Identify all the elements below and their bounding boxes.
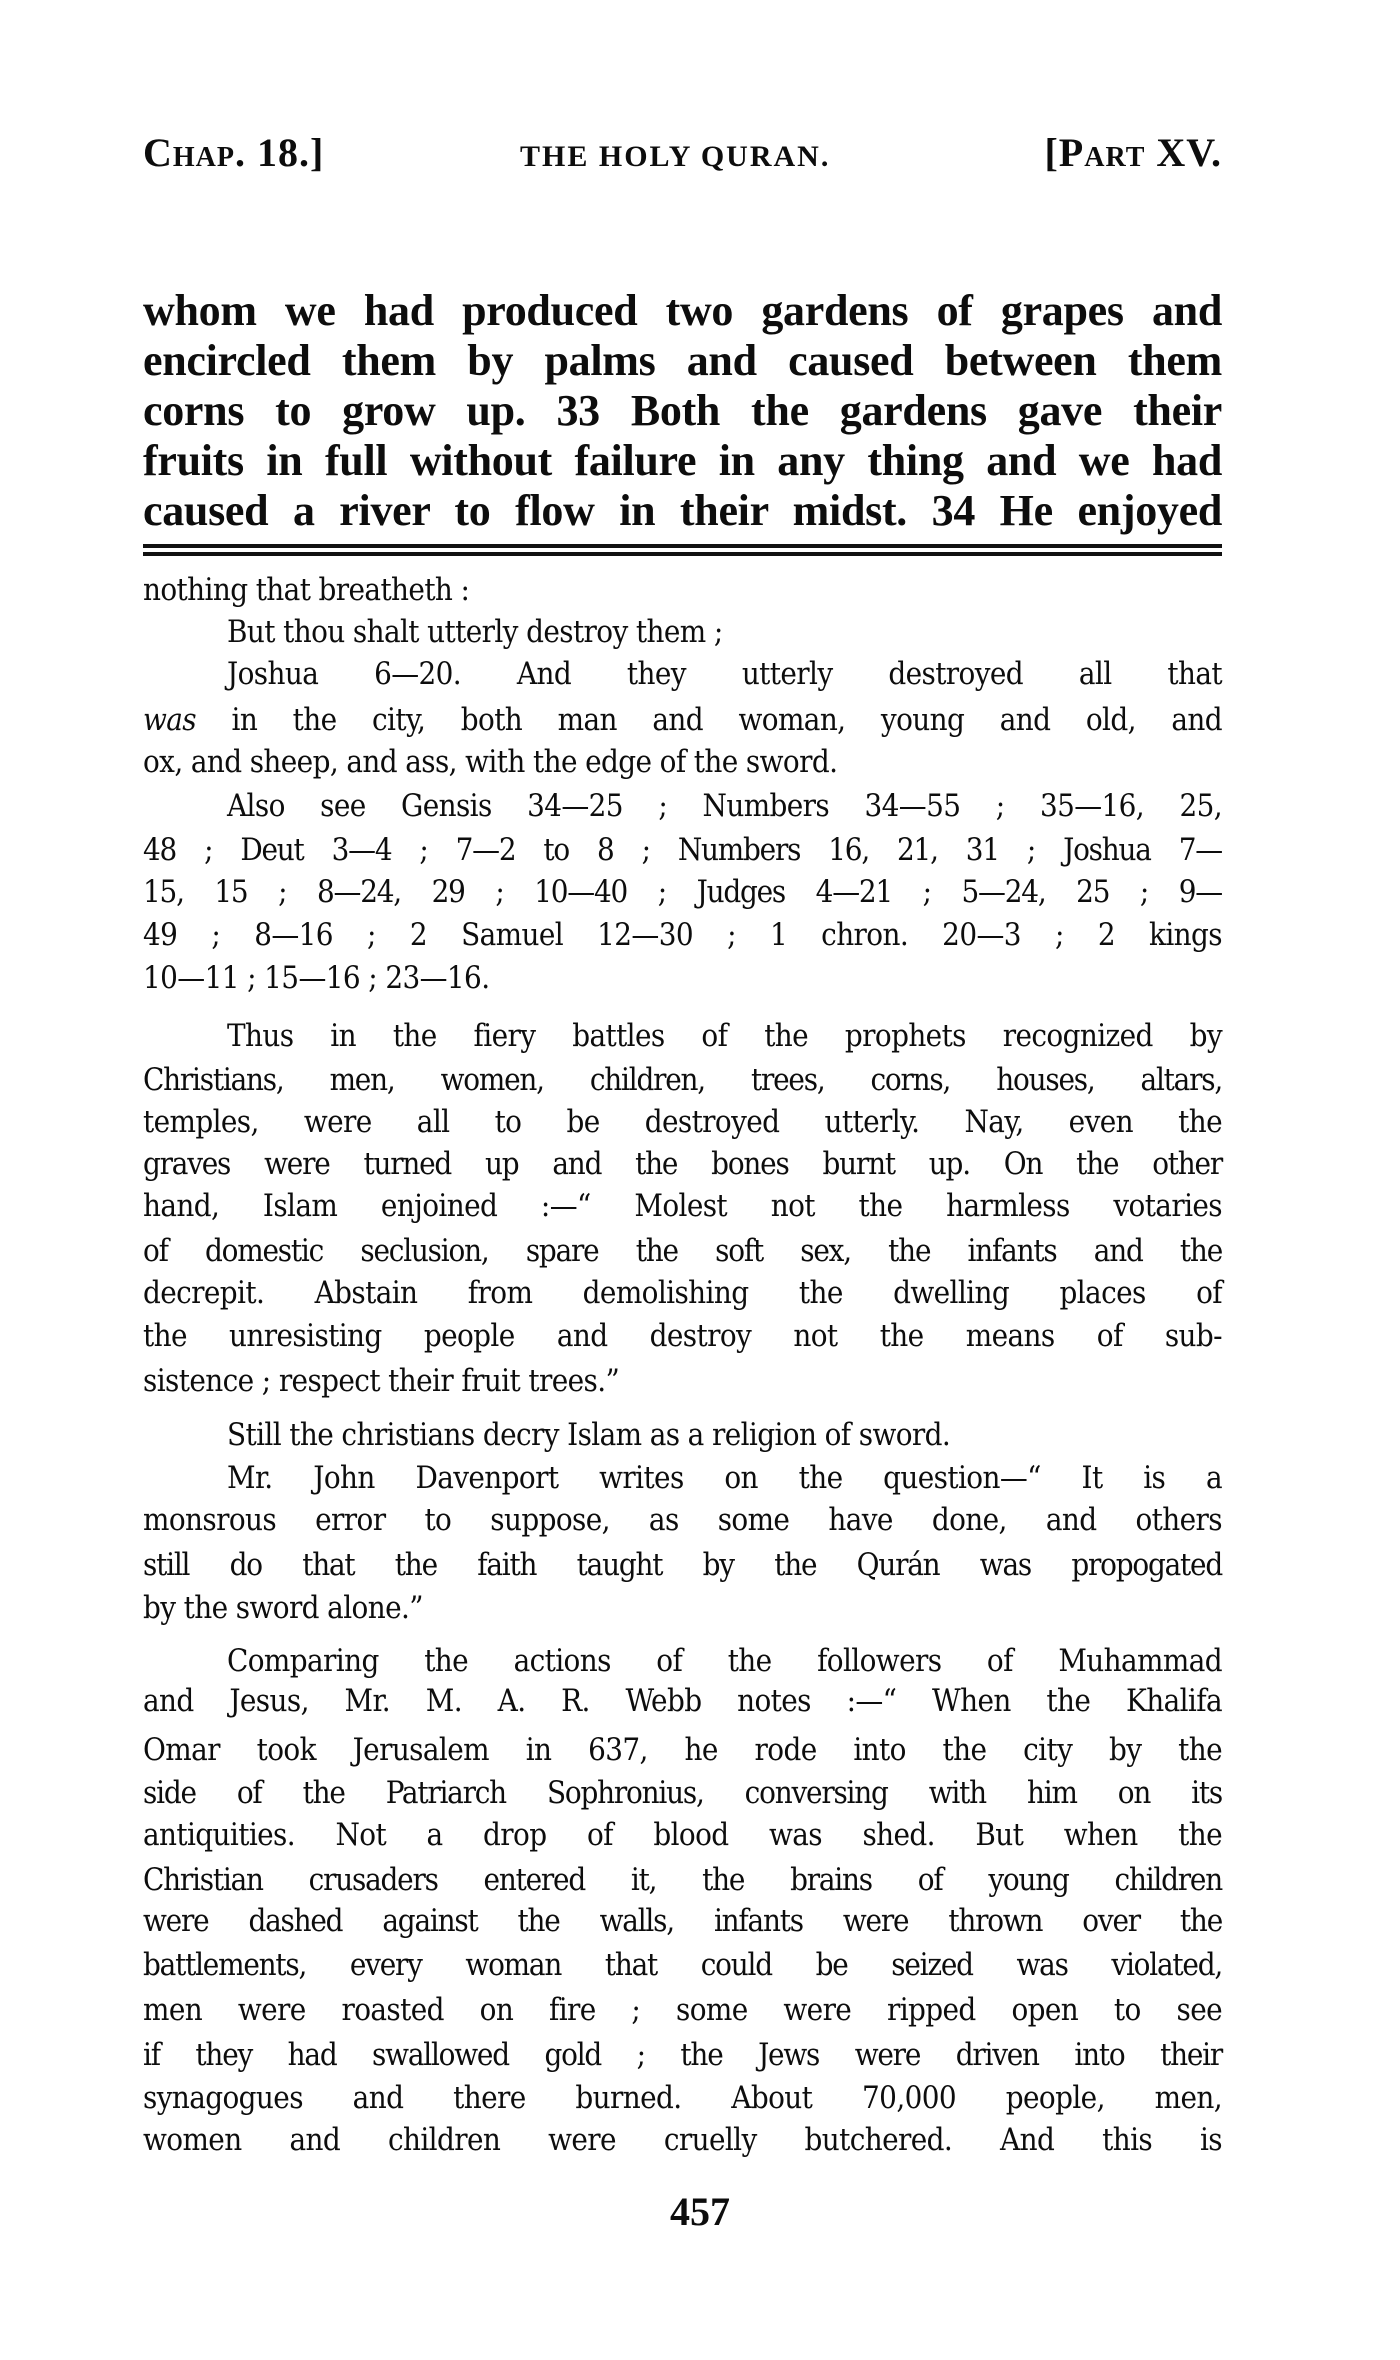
footnote-line: men were roasted on fire ; some were rip… bbox=[143, 1989, 1222, 2032]
footnote-line: 49 ; 8—16 ; 2 Samuel 12—30 ; 1 chron. 20… bbox=[143, 914, 1222, 957]
footnote-line: the unresisting people and destroy not t… bbox=[143, 1315, 1222, 1358]
footnote-line: if they had swallowed gold ; the Jews we… bbox=[143, 2034, 1222, 2077]
footnote-line: 48 ; Deut 3—4 ; 7—2 to 8 ; Numbers 16, 2… bbox=[143, 829, 1222, 872]
footnote-line: Christian crusaders entered it, the brai… bbox=[143, 1859, 1222, 1902]
rule-line-top bbox=[143, 544, 1222, 548]
footnote-line: Comparing the actions of the followers o… bbox=[227, 1640, 1222, 1683]
footnote-line: 15, 15 ; 8—24, 29 ; 10—40 ; Judges 4—21 … bbox=[143, 871, 1222, 914]
footnote-line: Joshua 6—20. And they utterly destroyed … bbox=[227, 653, 1222, 696]
main-text-line: fruits in full without failure in any th… bbox=[143, 436, 1222, 486]
footnote-line: were dashed against the walls, infants w… bbox=[143, 1900, 1222, 1943]
footnote-line: hand, Islam enjoined :—“ Molest not the … bbox=[143, 1185, 1222, 1228]
footnote-line: battlements, every woman that could be s… bbox=[143, 1944, 1222, 1987]
footnote-line: synagogues and there burned. About 70,00… bbox=[143, 2077, 1222, 2120]
footnote-line: Also see Gensis 34—25 ; Numbers 34—55 ; … bbox=[227, 785, 1222, 828]
running-header-part: [Part XV. bbox=[1044, 128, 1222, 178]
footnote-line: of domestic seclusion, spare the soft se… bbox=[143, 1230, 1222, 1273]
footnote-line: graves were turned up and the bones burn… bbox=[143, 1143, 1222, 1186]
footnote-line: Still the christians decry Islam as a re… bbox=[227, 1414, 1222, 1457]
footnote-line: still do that the faith taught by the Qu… bbox=[143, 1544, 1222, 1587]
page-number: 457 bbox=[0, 2188, 1400, 2236]
footnote-line: ox, and sheep, and ass, with the edge of… bbox=[143, 741, 1222, 784]
footnote-line: and Jesus, Mr. M. A. R. Webb notes :—“ W… bbox=[143, 1680, 1222, 1723]
footnote-line: women and children were cruelly butchere… bbox=[143, 2119, 1222, 2162]
footnote-line: Christians, men, women, children, trees,… bbox=[143, 1059, 1222, 1102]
footnote-line: temples, were all to be destroyed utterl… bbox=[143, 1101, 1222, 1144]
footnote-separator-double-rule bbox=[143, 544, 1222, 557]
footnote-line: Thus in the fiery battles of the prophet… bbox=[227, 1015, 1222, 1058]
rule-line-bottom bbox=[143, 552, 1222, 556]
footnote-line: Omar took Jerusalem in 637, he rode into… bbox=[143, 1729, 1222, 1772]
main-text-line: corns to grow up. 33 Both the gardens ga… bbox=[143, 386, 1222, 436]
footnote-line: But thou shalt utterly destroy them ; bbox=[227, 611, 1222, 654]
footnote-line: sistence ; respect their fruit trees.” bbox=[143, 1360, 1222, 1403]
running-header-chapter: Chap. 18.] bbox=[143, 128, 324, 178]
main-text-line: whom we had produced two gardens of grap… bbox=[143, 286, 1222, 336]
footnote-line: nothing that breatheth : bbox=[143, 569, 1222, 612]
page-number-text: 457 bbox=[670, 2188, 730, 2236]
italic-word: was bbox=[143, 702, 196, 738]
footnote-line: decrepit. Abstain from demolishing the d… bbox=[143, 1272, 1222, 1315]
main-text-line: encircled them by palms and caused betwe… bbox=[143, 336, 1222, 386]
running-header-title: The Holy Quran. bbox=[520, 132, 830, 182]
footnote-line: side of the Patriarch Sophronius, conver… bbox=[143, 1772, 1222, 1815]
footnote-line: antiquities. Not a drop of blood was she… bbox=[143, 1814, 1222, 1857]
footnote-line: was in the city, both man and woman, you… bbox=[143, 699, 1222, 742]
footnote-line: by the sword alone.” bbox=[143, 1587, 1222, 1630]
book-page: Chap. 18.] The Holy Quran. [Part XV. who… bbox=[0, 0, 1400, 2360]
footnote-line: Mr. John Davenport writes on the questio… bbox=[227, 1457, 1222, 1500]
footnote-line: monsrous error to suppose, as some have … bbox=[143, 1499, 1222, 1542]
main-text-line: caused a river to flow in their midst. 3… bbox=[143, 486, 1222, 536]
footnote-line: 10—11 ; 15—16 ; 23—16. bbox=[143, 957, 1222, 1000]
footnote-line-text: in the city, both man and woman, young a… bbox=[232, 702, 1223, 738]
